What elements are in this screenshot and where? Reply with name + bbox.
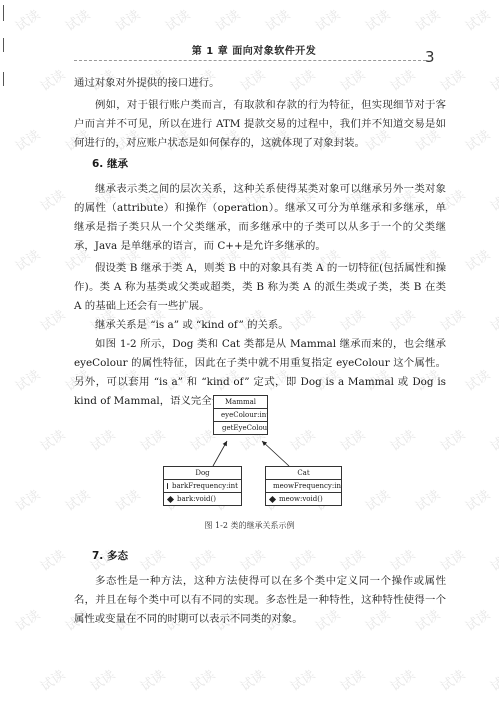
class-name: Dog: [164, 467, 241, 480]
class-operation: getEyeColour(): [214, 421, 267, 434]
class-name: Cat: [266, 467, 341, 480]
operation-icon: [216, 426, 220, 430]
operation-label: bark:void(): [177, 495, 216, 503]
class-attribute: eyeColour:int: [214, 409, 267, 421]
operation-icon: [167, 495, 174, 502]
uml-class-mammal: Mammal eyeColour:int getEyeColour(): [213, 395, 268, 435]
class-name: Mammal: [214, 396, 267, 409]
attribute-label: barkFrequency:int: [172, 482, 238, 490]
paragraph: 多态性是一种方法，这种方法使得可以在多个类中定义同一个操作或属性名，并且在每个类…: [74, 572, 446, 629]
class-operation: meow:void(): [266, 492, 341, 505]
uml-class-cat: Cat meowFrequency:int meow:void(): [265, 466, 342, 506]
attribute-label: eyeColour:int: [221, 411, 267, 419]
attribute-icon: [167, 483, 168, 489]
class-attribute: meowFrequency:int: [266, 480, 341, 492]
class-attribute: barkFrequency:int: [164, 480, 241, 492]
class-operation: bark:void(): [164, 492, 241, 505]
uml-class-dog: Dog barkFrequency:int bark:void(): [163, 466, 242, 506]
section-heading-polymorphism: 7. 多态: [92, 548, 128, 563]
operation-icon: [269, 495, 276, 502]
operation-label: meow:void(): [279, 495, 323, 503]
figure-caption: 图 1-2 类的继承关系示例: [0, 520, 499, 531]
attribute-label: meowFrequency:int: [273, 482, 341, 490]
operation-label: getEyeColour(): [222, 424, 267, 432]
